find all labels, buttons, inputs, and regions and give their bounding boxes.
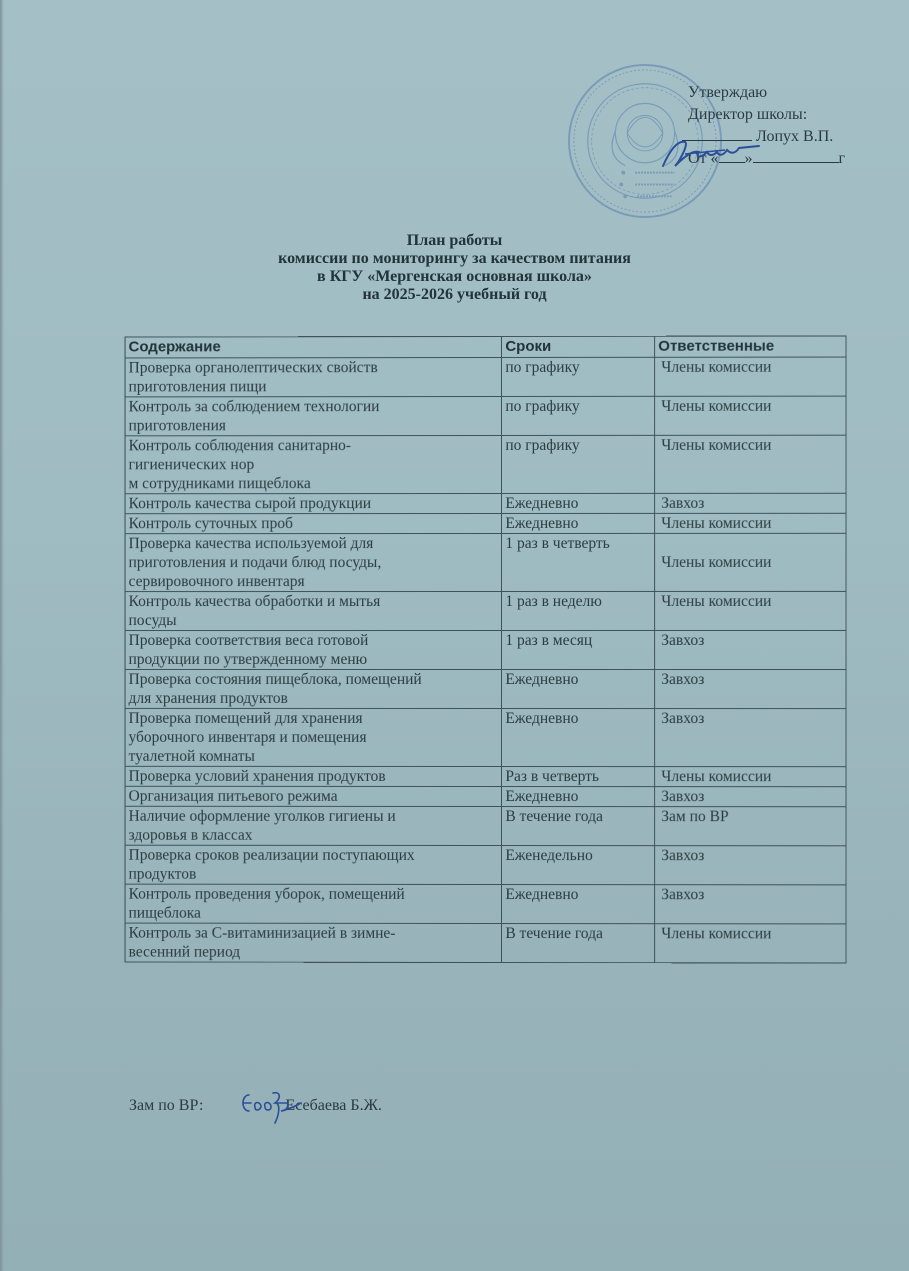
table-row: Проверка помещений для хранения уборочно… [125, 708, 846, 766]
cell-content: Проверка помещений для хранения уборочно… [125, 708, 502, 766]
date-suffix: г [839, 150, 846, 167]
cell-content: Проверка сроков реализации поступающих п… [125, 845, 502, 884]
cell-terms: Ежедневно [502, 787, 655, 807]
approver-position: Директор школы: [688, 104, 845, 126]
cell-content: Контроль качества сырой продукции [125, 493, 502, 513]
title-line-2: комиссии по мониторингу за качеством пит… [0, 250, 909, 268]
cell-responsible: Завхоз [655, 493, 846, 513]
cell-content: Проверка соответствия веса готовой проду… [125, 630, 502, 669]
cell-responsible: Члены комиссии [655, 396, 846, 435]
column-header-responsible: Ответственные [655, 336, 846, 357]
director-signature-icon [655, 132, 765, 172]
cell-terms: В течение года [502, 924, 655, 963]
cell-content: Проверка состояния пищеблока, помещений … [125, 669, 502, 708]
cell-terms: Ежедневно [502, 885, 655, 924]
table-row: Контроль соблюдения санитарно- гигиениче… [125, 435, 846, 494]
cell-terms: Раз в четверть [502, 767, 655, 787]
cell-content: Проверка органолептических свойств приго… [125, 357, 502, 396]
cell-content: Контроль соблюдения санитарно- гигиениче… [125, 435, 502, 493]
cell-content: Контроль за соблюдением технологии приго… [125, 396, 502, 435]
table-row: Проверка качества используемой для приго… [125, 533, 846, 591]
title-line-1: План работы [0, 232, 909, 250]
table-row: Контроль качества обработки и мытья посу… [125, 591, 846, 630]
table-row: Проверка соответствия веса готовой проду… [125, 630, 846, 669]
cell-terms: Ежедневно [502, 513, 655, 533]
cell-responsible: Члены комиссии [655, 435, 846, 493]
cell-terms: Ежедневно [502, 670, 655, 709]
cell-terms: В течение года [502, 807, 655, 846]
cell-terms: Ежедневно [502, 709, 655, 767]
approval-heading: Утверждаю [688, 82, 845, 104]
cell-responsible: Завхоз [655, 885, 846, 924]
table-row: Контроль за С-витаминизацией в зимне- ве… [125, 923, 846, 963]
cell-responsible: Члены комиссии [655, 591, 846, 630]
table-row: Контроль проведения уборок, помещений пи… [125, 884, 846, 924]
cell-terms: 1 раз в неделю [502, 591, 655, 630]
cell-content: Контроль суточных проб [125, 513, 502, 533]
cell-terms: Ежедневно [502, 493, 655, 513]
table-row: Контроль качества сырой продукции Ежедне… [125, 493, 846, 513]
cell-terms: по графику [502, 435, 655, 493]
table-row: Наличие оформление уголков гигиены и здо… [125, 806, 846, 846]
cell-content: Организация питьевого режима [125, 786, 502, 806]
cell-content: Контроль проведения уборок, помещений пи… [125, 884, 502, 923]
cell-responsible: Члены комиссии [655, 513, 846, 533]
cell-responsible: Завхоз [655, 846, 846, 885]
deputy-role: Зам по ВР: [129, 1097, 203, 1114]
document-page: Утверждаю Директор школы: Лопух В.П. От … [0, 0, 909, 1271]
document-title: План работы комиссии по мониторингу за к… [0, 232, 909, 304]
table-row: Контроль суточных проб Ежедневно Члены к… [125, 513, 846, 533]
cell-responsible: Завхоз [655, 670, 846, 709]
cell-content: Проверка качества используемой для приго… [125, 533, 502, 591]
table-row: Проверка органолептических свойств приго… [125, 357, 846, 397]
date-month-blank [753, 148, 839, 163]
cell-responsible: Завхоз [655, 787, 846, 807]
table-row: Проверка условий хранения продуктов Раз … [125, 766, 846, 786]
cell-responsible: Члены комиссии [655, 924, 846, 963]
cell-content: Наличие оформление уголков гигиены и здо… [125, 806, 502, 845]
column-header-content: Содержание [125, 336, 502, 357]
table-row: Организация питьевого режима Ежедневно З… [125, 786, 846, 806]
director-name: Лопух В.П. [756, 128, 833, 145]
table-row: Проверка сроков реализации поступающих п… [125, 845, 846, 885]
cell-responsible: Члены комиссии [655, 767, 846, 787]
page-edge-shadow [0, 0, 4, 1271]
cell-terms: Еженедельно [502, 846, 655, 885]
table-header-row: Содержание Сроки Ответственные [125, 336, 846, 358]
cell-content: Контроль качества обработки и мытья посу… [125, 591, 502, 630]
cell-responsible: Члены комиссии [655, 357, 846, 396]
title-line-4: на 2025-2026 учебный год [0, 286, 909, 304]
cell-content: Контроль за С-витаминизацией в зимне- ве… [125, 923, 502, 962]
cell-terms: 1 раз в четверть [502, 533, 655, 591]
plan-table: Содержание Сроки Ответственные Проверка … [125, 336, 847, 964]
title-line-3: в КГУ «Мергенская основная школа» [0, 268, 909, 286]
table-row: Контроль за соблюдением технологии приго… [125, 396, 846, 436]
column-header-terms: Сроки [502, 336, 655, 357]
cell-terms: по графику [502, 357, 655, 396]
cell-terms: 1 раз в месяц [502, 630, 655, 669]
cell-responsible: Завхоз [655, 709, 846, 767]
cell-content: Проверка условий хранения продуктов [125, 766, 502, 786]
cell-responsible: Зам по ВР [655, 807, 846, 846]
deputy-signature-icon [235, 1085, 305, 1130]
cell-responsible: Члены комиссии [655, 533, 846, 591]
table-row: Проверка состояния пищеблока, помещений … [125, 669, 846, 708]
cell-responsible: Завхоз [655, 630, 846, 669]
cell-terms: по графику [502, 396, 655, 435]
